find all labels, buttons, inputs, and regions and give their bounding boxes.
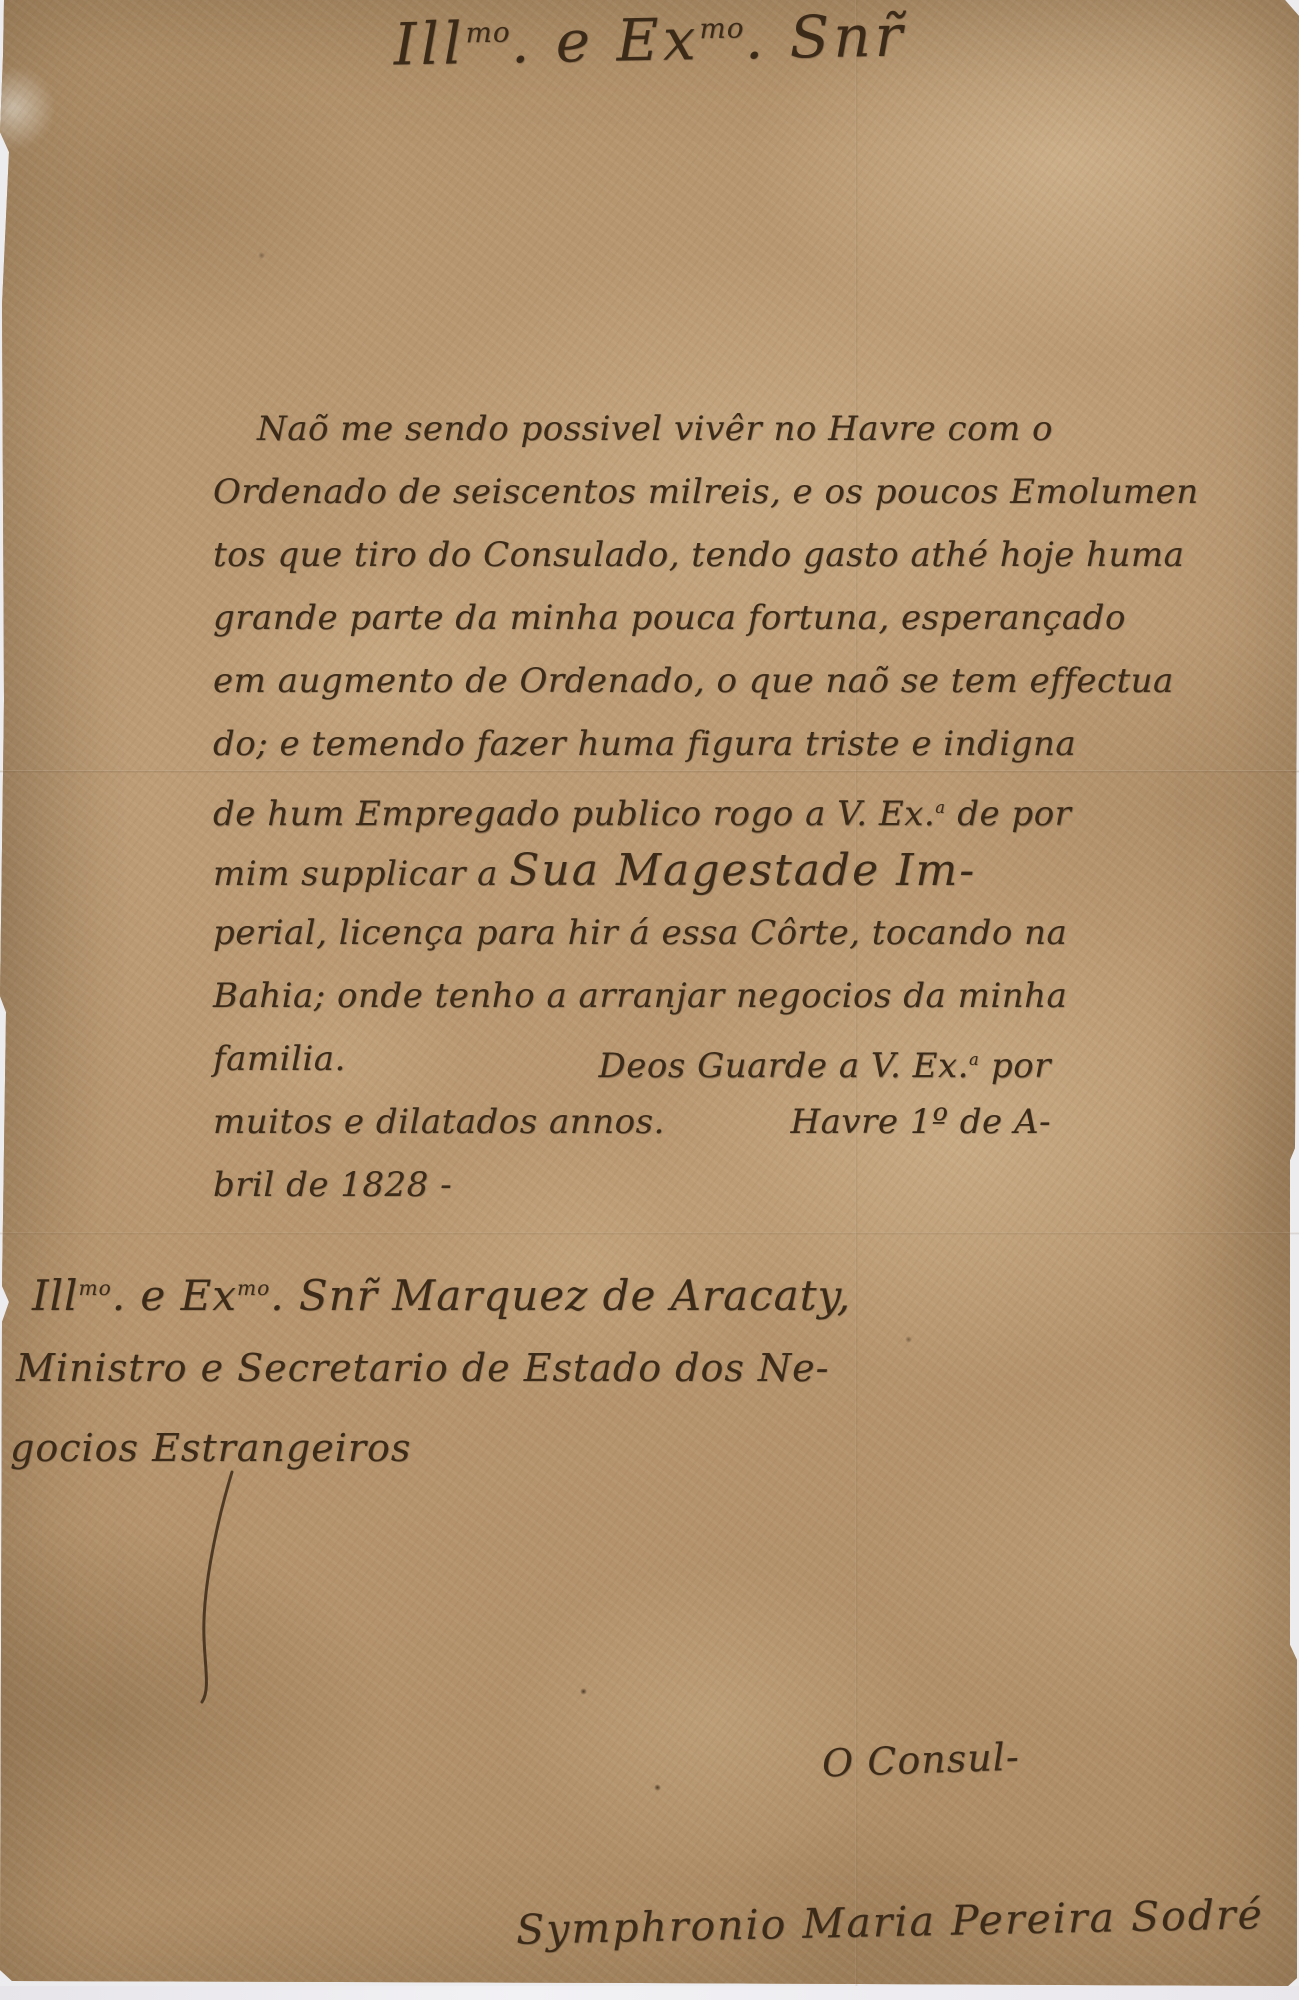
line-text: por [980, 1046, 1051, 1086]
addressee-superscript: mo [237, 1276, 270, 1300]
line-text: de por [946, 794, 1072, 834]
manuscript-line: Ordenado de seiscentos milreis, e os pou… [213, 461, 1051, 524]
addressee-block: Illmo. e Exmo. Snr̃ Marquez de Aracaty, … [10, 1248, 851, 1488]
line-text: mim supplicar a [213, 854, 509, 894]
manuscript-line: perial, licença para hir á essa Côrte, t… [213, 902, 1051, 965]
ink-speck [654, 1784, 661, 1791]
letter-salutation: Illmo. e Exmo. Snr̃ [329, 0, 970, 79]
ink-speck [905, 1336, 912, 1343]
addressee-name: . Snr̃ Marquez de Aracaty, [270, 1271, 851, 1320]
addressee-e-excelentissimo: . e Ex [112, 1271, 237, 1320]
line-text: Deos Guarde a V. Ex. [598, 1046, 969, 1086]
manuscript-line: bril de 1828 - [213, 1154, 1051, 1217]
scanned-manuscript-page: Illmo. e Exmo. Snr̃ Naõ me sendo possive… [0, 0, 1299, 2000]
addressee-line: gocios Estrangeiros [10, 1408, 851, 1488]
manuscript-line: Bahia; onde tenho a arranjar negocios da… [213, 965, 1051, 1028]
salutation-superscript: mo [465, 16, 511, 50]
manuscript-line: em augmento de Ordenado, o que naõ se te… [213, 650, 1051, 713]
emphasized-text-sua-magestade: Sua Magestade Im- [509, 845, 976, 896]
signoff-role: O Consul- [821, 1735, 1020, 1786]
manuscript-line: familia. Deos Guarde a V. Ex.a por [213, 1028, 1051, 1091]
salutation-e-excelentissimo: . e Ex [510, 5, 700, 76]
manuscript-line: mim supplicar a Sua Magestade Im- [213, 839, 1051, 902]
date-place-text: Havre 1º de A- [791, 1091, 1051, 1154]
horizontal-fold-crease [0, 1232, 1299, 1235]
salutation-senhor: . Snr̃ [744, 2, 907, 73]
addressee-illustrissimo: Ill [32, 1271, 78, 1320]
manuscript-line: do; e temendo fazer huma figura triste e… [213, 713, 1051, 776]
salutation-superscript: mo [699, 11, 745, 45]
line-superscript: a [935, 798, 946, 817]
addressee-superscript: mo [78, 1276, 111, 1300]
manuscript-line: tos que tiro do Consulado, tendo gasto a… [213, 524, 1051, 587]
letter-body: Naõ me sendo possivel vivêr no Havre com… [213, 398, 1051, 1217]
manuscript-line: muitos e dilatados annos. Havre 1º de A- [213, 1091, 1051, 1154]
line-text: muitos e dilatados annos. [213, 1091, 665, 1154]
manuscript-line: grande parte da minha pouca fortuna, esp… [213, 587, 1051, 650]
manuscript-line: de hum Empregado publico rogo a V. Ex.a … [213, 776, 1051, 839]
line-text: de hum Empregado publico rogo a V. Ex. [213, 794, 935, 834]
addressee-line: Ministro e Secretario de Estado dos Ne- [10, 1328, 851, 1408]
line-text: familia. [213, 1028, 346, 1091]
manuscript-line: Naõ me sendo possivel vivêr no Havre com… [213, 398, 1051, 461]
ink-speck [258, 252, 265, 259]
addressee-line: Illmo. e Exmo. Snr̃ Marquez de Aracaty, [10, 1248, 851, 1328]
salutation-illustrissimo: Ill [393, 9, 466, 78]
line-text: Deos Guarde a V. Ex.a por [598, 1028, 1051, 1091]
ink-speck [580, 1688, 587, 1695]
scanner-backing-strip [0, 1986, 1299, 2000]
line-superscript: a [969, 1050, 980, 1069]
